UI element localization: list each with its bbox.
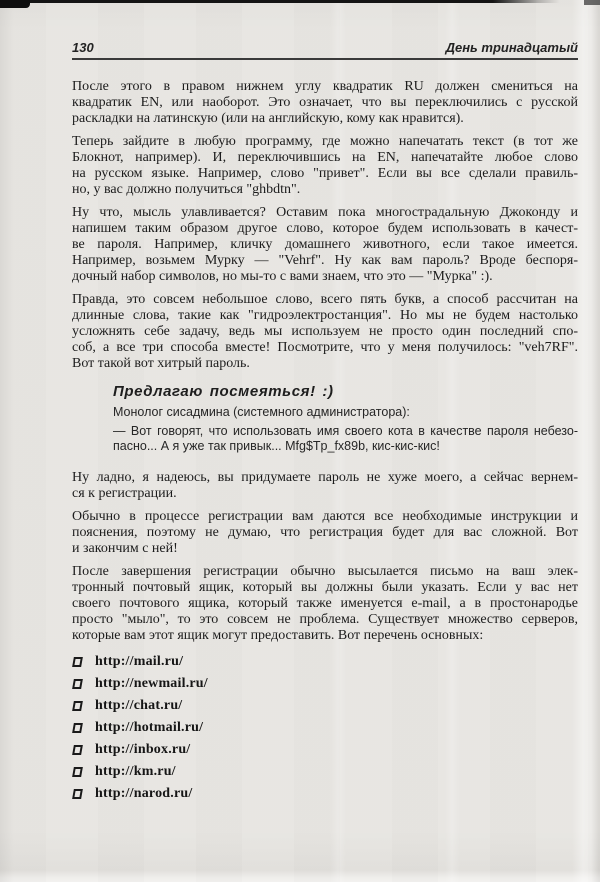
text-line: ве пароля. Например, кличку домашнего жи… xyxy=(72,237,578,253)
paragraph: После этого в правом нижнем углу квадрат… xyxy=(72,79,578,127)
text-line: Ну что, мысль улавливается? Оставим пока… xyxy=(72,205,578,221)
checkbox-bullet-icon xyxy=(72,789,83,799)
text-line: на русском языке. Например, слово "приве… xyxy=(72,166,578,182)
url-text: http://inbox.ru/ xyxy=(95,742,190,758)
paragraph: Ну что, мысль улавливается? Оставим пока… xyxy=(72,205,578,285)
humor-section-heading: Предлагаю посмеяться! :) xyxy=(113,383,578,400)
text-line: Обычно в процессе регистрации вам даются… xyxy=(72,509,578,525)
text-line: тронный почтовый ящик, который вы должны… xyxy=(72,580,578,596)
text-line: — Вот говорят, что использовать имя свое… xyxy=(113,424,578,439)
paragraph: Правда, это совсем небольшое слово, всег… xyxy=(72,292,578,372)
text-line: пасно... А я уже так привык... Mfg$Tp_fx… xyxy=(113,439,578,454)
text-line: напишем таким образом другое слово, кото… xyxy=(72,221,578,237)
text-line: дочный набор символов, но мы-то с вами з… xyxy=(72,269,578,285)
text-line: пояснения, поэтому не думаю, что регистр… xyxy=(72,525,578,541)
url-text: http://newmail.ru/ xyxy=(95,676,208,692)
text-line: Правда, это совсем небольшое слово, всег… xyxy=(72,292,578,308)
url-list-item: http://chat.ru/ xyxy=(72,695,578,717)
page-number: 130 xyxy=(72,40,94,55)
url-text: http://km.ru/ xyxy=(95,764,176,780)
checkbox-bullet-icon xyxy=(72,767,83,777)
paragraph: Теперь зайдите в любую программу, где мо… xyxy=(72,134,578,198)
url-text: http://chat.ru/ xyxy=(95,698,182,714)
text-line: и закончим с ней! xyxy=(72,541,578,557)
url-text: http://mail.ru/ xyxy=(95,654,183,670)
paragraph: После завершения регистрации обычно высы… xyxy=(72,564,578,644)
page-body: После этого в правом нижнем углу квадрат… xyxy=(72,79,578,805)
text-line: Например, возьмем Мурку — "Vehrf". Ну ка… xyxy=(72,253,578,269)
chapter-title: День тринадцатый xyxy=(446,40,578,55)
checkbox-bullet-icon xyxy=(72,745,83,755)
checkbox-bullet-icon xyxy=(72,701,83,711)
checkbox-bullet-icon xyxy=(72,657,83,667)
text-line: После этого в правом нижнем углу квадрат… xyxy=(72,79,578,95)
text-line: квадратик EN, или наоборот. Это означает… xyxy=(72,95,578,111)
text-line: Вот такой вот хитрый пароль. xyxy=(72,356,578,372)
text-line: Ну ладно, я надеюсь, вы придумаете парол… xyxy=(72,470,578,486)
text-line: усложнять себе задачу, ведь мы используе… xyxy=(72,324,578,340)
url-list-item: http://mail.ru/ xyxy=(72,651,578,673)
scan-edge-top-left xyxy=(0,0,30,8)
paragraph: Обычно в процессе регистрации вам даются… xyxy=(72,509,578,557)
url-text: http://hotmail.ru/ xyxy=(95,720,203,736)
email-server-list: http://mail.ru/http://newmail.ru/http://… xyxy=(72,651,578,805)
url-text: http://narod.ru/ xyxy=(95,786,192,802)
url-list-item: http://narod.ru/ xyxy=(72,783,578,805)
url-list-item: http://km.ru/ xyxy=(72,761,578,783)
text-line: которые вам этот ящик могут предоставить… xyxy=(72,628,578,644)
spacer xyxy=(72,458,578,470)
text-line: соб, а все три способа вместе! Посмотрит… xyxy=(72,340,578,356)
humor-paragraph: — Вот говорят, что использовать имя свое… xyxy=(113,424,578,454)
page-content: 130 День тринадцатый После этого в право… xyxy=(72,40,578,805)
text-line: Монолог сисадмина (системного администра… xyxy=(113,405,578,420)
text-line: длинные слова, такие как "гидроэлектрост… xyxy=(72,308,578,324)
scan-edge-top xyxy=(0,0,560,3)
checkbox-bullet-icon xyxy=(72,723,83,733)
book-page-scan: 130 День тринадцатый После этого в право… xyxy=(0,0,600,882)
text-line: Теперь зайдите в любую программу, где мо… xyxy=(72,134,578,150)
paragraph: Ну ладно, я надеюсь, вы придумаете парол… xyxy=(72,470,578,502)
url-list-item: http://inbox.ru/ xyxy=(72,739,578,761)
text-line: Блокнот, например). И, переключившись на… xyxy=(72,150,578,166)
url-list-item: http://hotmail.ru/ xyxy=(72,717,578,739)
text-line: раскладки на латинскую (или на английску… xyxy=(72,111,578,127)
text-line: своего почтового ящика, который также им… xyxy=(72,596,578,612)
text-line: После завершения регистрации обычно высы… xyxy=(72,564,578,580)
text-line: но, у вас должно получиться "ghbdtn". xyxy=(72,182,578,198)
checkbox-bullet-icon xyxy=(72,679,83,689)
text-line: просто "мыло", то это совсем не проблема… xyxy=(72,612,578,628)
text-line: ся к регистрации. xyxy=(72,486,578,502)
page-header: 130 День тринадцатый xyxy=(72,40,578,60)
url-list-item: http://newmail.ru/ xyxy=(72,673,578,695)
humor-paragraph: Монолог сисадмина (системного администра… xyxy=(113,405,578,420)
scan-edge-top-right xyxy=(584,0,600,5)
